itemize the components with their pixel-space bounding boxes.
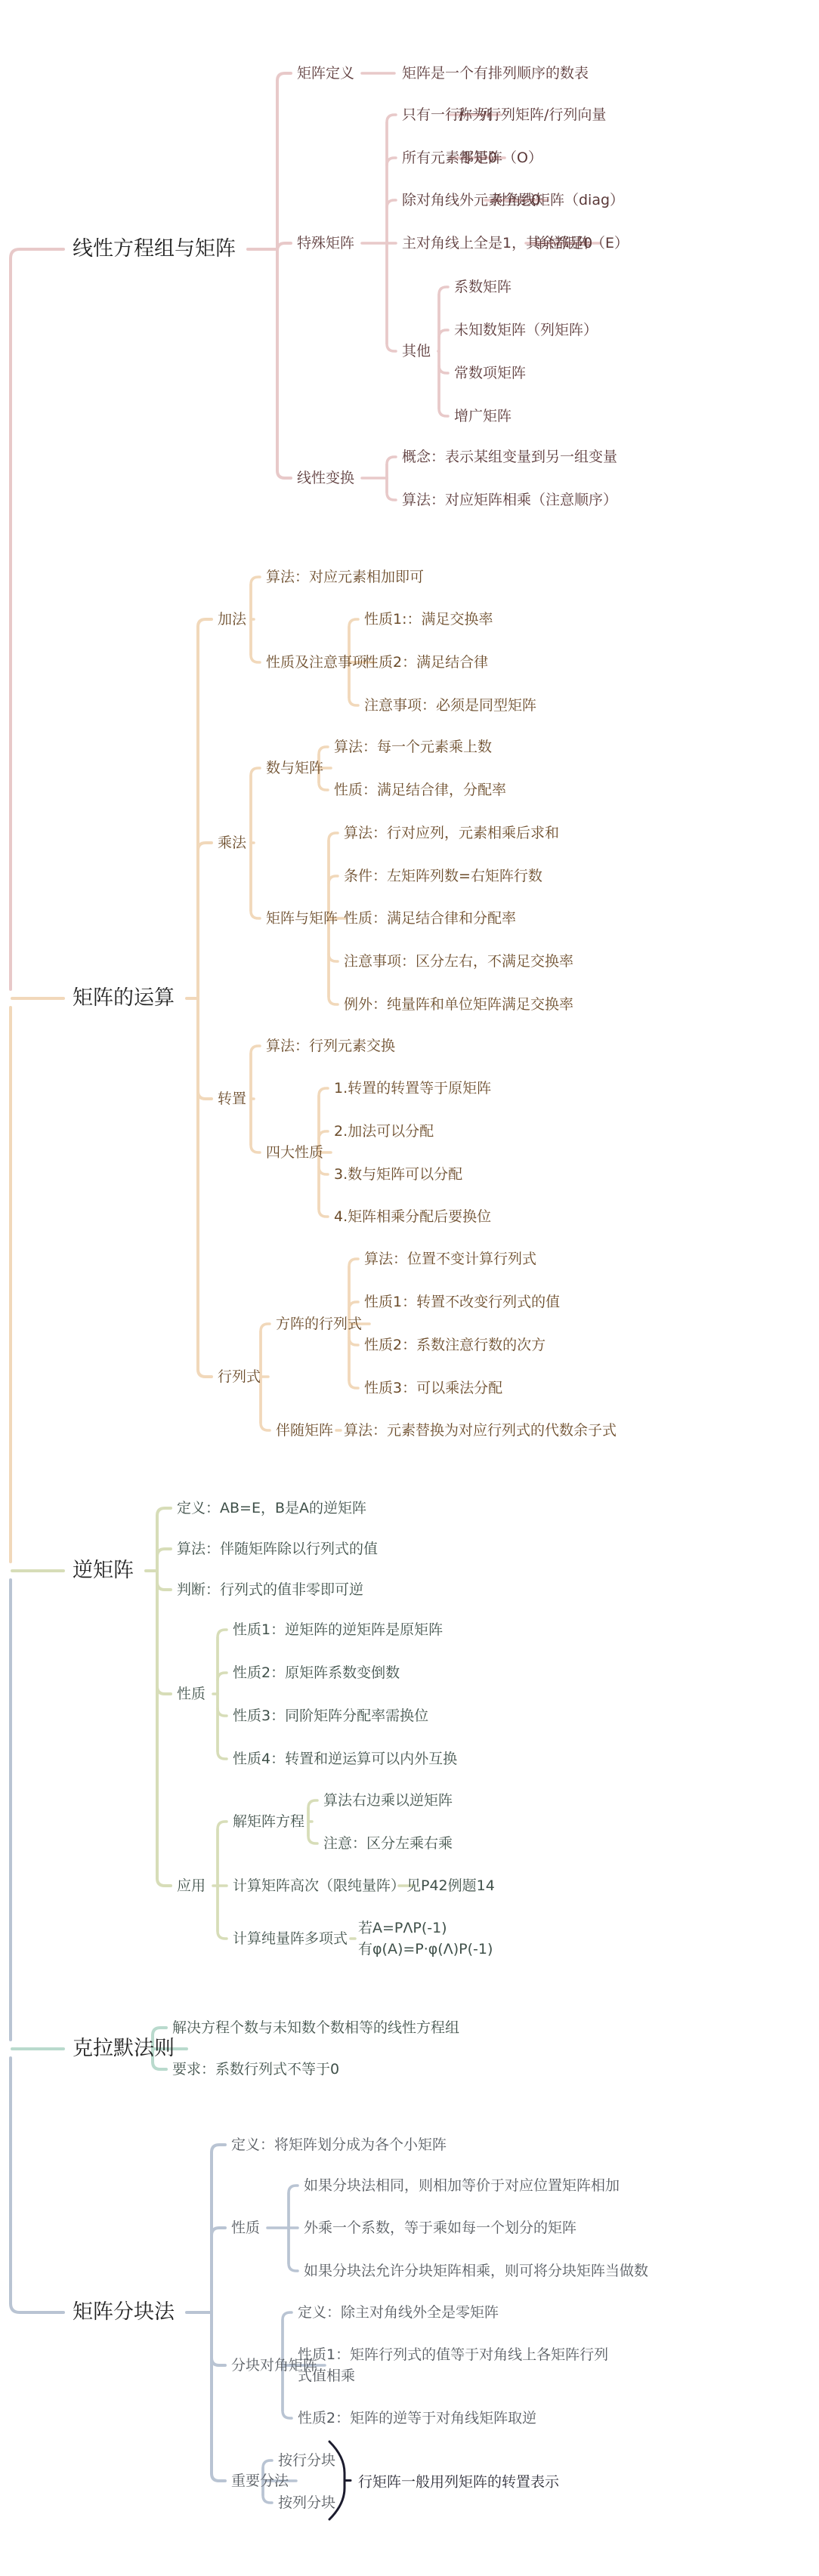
brace-annotation: 行矩阵一般用列矩阵的转置表示 [358,2471,559,2491]
leaf-node[interactable]: 数与矩阵 [266,759,323,777]
main-topic-2[interactable]: 矩阵的运算 [73,986,175,1010]
topic-node[interactable]: 特殊矩阵 [297,234,354,252]
main-topic-4[interactable]: 克拉默法则 [73,2037,175,2061]
leaf-node[interactable]: 外乘一个系数，等于乘如每一个划分的矩阵 [304,2219,576,2237]
leaf-node[interactable]: 性质2：矩阵的逆等于对角线矩阵取逆 [298,2409,536,2427]
leaf-node[interactable]: 1.转置的转置等于原矩阵 [334,1079,491,1097]
leaf-node[interactable]: 见P42例题14 [406,1877,495,1895]
leaf-node[interactable]: 常数项矩阵 [454,364,526,382]
leaf-node[interactable]: 算法：每一个元素乘上数 [334,738,492,756]
topic-node[interactable]: 矩阵定义 [297,64,354,82]
leaf-node[interactable]: 算法右边乘以逆矩阵 [323,1791,453,1809]
leaf-node[interactable]: 算法：行列元素交换 [266,1037,395,1055]
leaf-node[interactable]: 算法：对应矩阵相乘（注意顺序） [402,491,617,509]
leaf-node[interactable]: 注意：区分左乘右乘 [323,1834,453,1853]
mind-map-canvas: 线性方程组与矩阵矩阵定义矩阵是一个有排列顺序的数表特殊矩阵只有一行/一列称为行列… [0,0,819,2576]
leaf-node[interactable]: 概念：表示某组变量到另一组变量 [402,448,617,466]
leaf-node[interactable]: 四大性质 [266,1143,323,1162]
topic-node[interactable]: 要求：系数行列式不等于0 [172,2060,339,2078]
leaf-node[interactable]: 性质1:：满足交换率 [364,610,493,628]
leaf-node[interactable]: 3.数与矩阵可以分配 [334,1165,462,1183]
topic-node[interactable]: 转置 [218,1090,246,1108]
leaf-node[interactable]: 条件：左矩阵列数=右矩阵行数 [344,867,542,885]
topic-node[interactable]: 性质 [231,2219,260,2237]
topic-node[interactable]: 加法 [218,610,246,628]
leaf-node[interactable]: 解矩阵方程 [233,1812,304,1831]
leaf-node[interactable]: 算法：元素替换为对应行列式的代数余子式 [344,1421,617,1439]
topic-node[interactable]: 性质 [177,1685,206,1703]
leaf-node[interactable]: 按列分块 [278,2494,335,2512]
leaf-node[interactable]: 算法：行对应列，元素相乘后求和 [344,824,559,842]
leaf-node[interactable]: 性质1：转置不改变行列式的值 [364,1293,560,1311]
leaf-node[interactable]: 4.矩阵相乘分配后要换位 [334,1208,491,1226]
leaf-node[interactable]: 定义：除主对角线外全是零矩阵 [298,2303,499,2321]
topic-node[interactable]: 乘法 [218,834,246,852]
topic-node[interactable]: 解决方程个数与未知数个数相等的线性方程组 [172,2019,459,2037]
leaf-node[interactable]: 称为行列矩阵/行列向量 [458,106,606,124]
main-topic-5[interactable]: 矩阵分块法 [73,2300,175,2325]
topic-node[interactable]: 算法：伴随矩阵除以行列式的值 [177,1540,378,1558]
leaf-node[interactable]: 未知数矩阵（列矩阵） [454,321,598,339]
leaf-node[interactable]: 性质3：可以乘法分配 [364,1379,502,1397]
leaf-node[interactable]: 伴随矩阵 [276,1421,333,1439]
leaf-node[interactable]: 零矩阵（O） [459,149,542,167]
topic-node[interactable]: 定义：将矩阵划分成为各个小矩阵 [231,2136,447,2154]
topic-node[interactable]: 定义：AB=E，B是A的逆矩阵 [177,1499,366,1517]
leaf-node[interactable]: 2.加法可以分配 [334,1122,434,1140]
leaf-node[interactable]: 注意事项：区分左右，不满足交换率 [344,952,573,970]
leaf-node[interactable]: 性质：满足结合律和分配率 [344,909,516,927]
leaf-node[interactable]: 增广矩阵 [454,407,511,425]
leaf-node[interactable]: 按行分块 [278,2451,335,2470]
leaf-node[interactable]: 性质及注意事项 [266,653,366,671]
leaf-node[interactable]: 方阵的行列式 [276,1315,362,1333]
leaf-node[interactable]: 注意事项：必须是同型矩阵 [364,696,536,714]
leaf-node[interactable]: 性质1：逆矩阵的逆矩阵是原矩阵 [233,1621,443,1639]
leaf-node[interactable]: 性质2：原矩阵系数变倒数 [233,1664,400,1682]
leaf-node[interactable]: 算法：对应元素相加即可 [266,568,424,586]
leaf-node[interactable]: 计算矩阵高次（限纯量阵） [233,1877,405,1895]
leaf-node[interactable]: 性质2：满足结合律 [364,653,488,671]
topic-node[interactable]: 重要分法 [231,2472,289,2490]
leaf-node[interactable]: 性质4：转置和逆运算可以内外互换 [233,1750,457,1768]
topic-node[interactable]: 应用 [177,1877,206,1895]
main-topic-1[interactable]: 线性方程组与矩阵 [73,237,236,261]
leaf-node[interactable]: 若A=PΛP(-1) 有φ(A)=P·φ(Λ)P(-1) [358,1917,493,1960]
leaf-node[interactable]: 计算纯量阵多项式 [233,1928,348,1949]
leaf-node[interactable]: 性质2：系数注意行数的次方 [364,1336,545,1354]
topic-node[interactable]: 行列式 [218,1368,261,1386]
topic-node[interactable]: 判断：行列式的值非零即可逆 [177,1581,363,1599]
main-topic-3[interactable]: 逆矩阵 [73,1559,134,1583]
leaf-node[interactable]: 其他 [402,342,431,360]
leaf-node[interactable]: 性质：满足结合律，分配率 [334,781,506,799]
leaf-node[interactable]: 矩阵与矩阵 [266,909,338,927]
leaf-node[interactable]: 矩阵是一个有排列顺序的数表 [402,64,589,82]
leaf-node[interactable]: 对角线矩阵（diag） [493,191,624,209]
leaf-node[interactable]: 例外：纯量阵和单位矩阵满足交换率 [344,995,573,1013]
leaf-node[interactable]: 如果分块法允许分块矩阵相乘，则可将分块矩阵当做数 [304,2262,648,2280]
leaf-node[interactable]: 算法：位置不变计算行列式 [364,1250,536,1268]
leaf-node[interactable]: 性质3：同阶矩阵分配率需换位 [233,1707,428,1725]
leaf-node[interactable]: 系数矩阵 [454,278,511,296]
leaf-node[interactable]: 性质1：矩阵行列式的值等于对角线上各矩阵行列 式值相乘 [298,2344,608,2386]
leaf-node[interactable]: 如果分块法相同，则相加等价于对应位置矩阵相加 [304,2176,620,2195]
topic-node[interactable]: 线性变换 [297,469,354,487]
leaf-node[interactable]: 单位矩阵（E） [533,234,629,252]
